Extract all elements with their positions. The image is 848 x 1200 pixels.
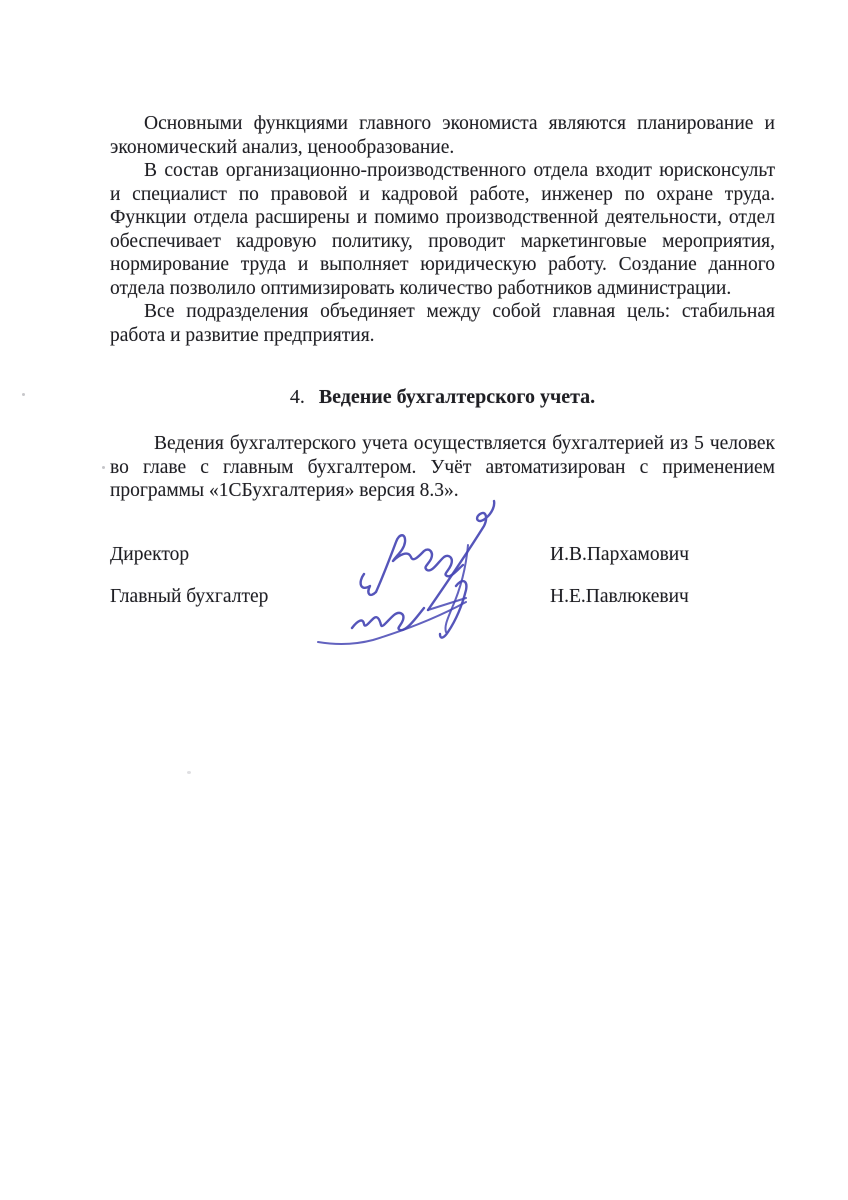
signatory-row-chief-accountant: Главный бухгалтер Н.Е.Павлюкевич — [110, 585, 775, 609]
paragraph-common-goal: Все подразделения объединяет между собой… — [110, 300, 775, 347]
section-heading: 4. Ведение бухгалтерского учета. — [110, 385, 775, 409]
signatory-name: Н.Е.Павлюкевич — [550, 585, 689, 609]
paragraph-economist-functions: Основными функциями главного экономиста … — [110, 112, 775, 159]
signatory-row-director: Директор И.В.Пархамович — [110, 543, 775, 567]
signatory-name: И.В.Пархамович — [550, 543, 689, 567]
signatory-role: Директор — [110, 543, 189, 567]
section-title: Ведение бухгалтерского учета. — [319, 386, 595, 408]
signature-block: Директор И.В.Пархамович Главный бухгалте… — [110, 543, 775, 609]
scan-speck — [102, 466, 105, 469]
paragraph-org-production-department: В состав организационно-производственног… — [110, 159, 775, 300]
scan-speck — [22, 393, 25, 396]
section-number: 4. — [290, 386, 305, 408]
scanned-document-page: Основными функциями главного экономиста … — [0, 0, 848, 1200]
paragraph-accounting: Ведения бухгалтерского учета осуществляе… — [110, 432, 775, 503]
signatory-role: Главный бухгалтер — [110, 585, 268, 609]
scan-speck — [187, 771, 191, 774]
document-body: Основными функциями главного экономиста … — [110, 112, 775, 627]
